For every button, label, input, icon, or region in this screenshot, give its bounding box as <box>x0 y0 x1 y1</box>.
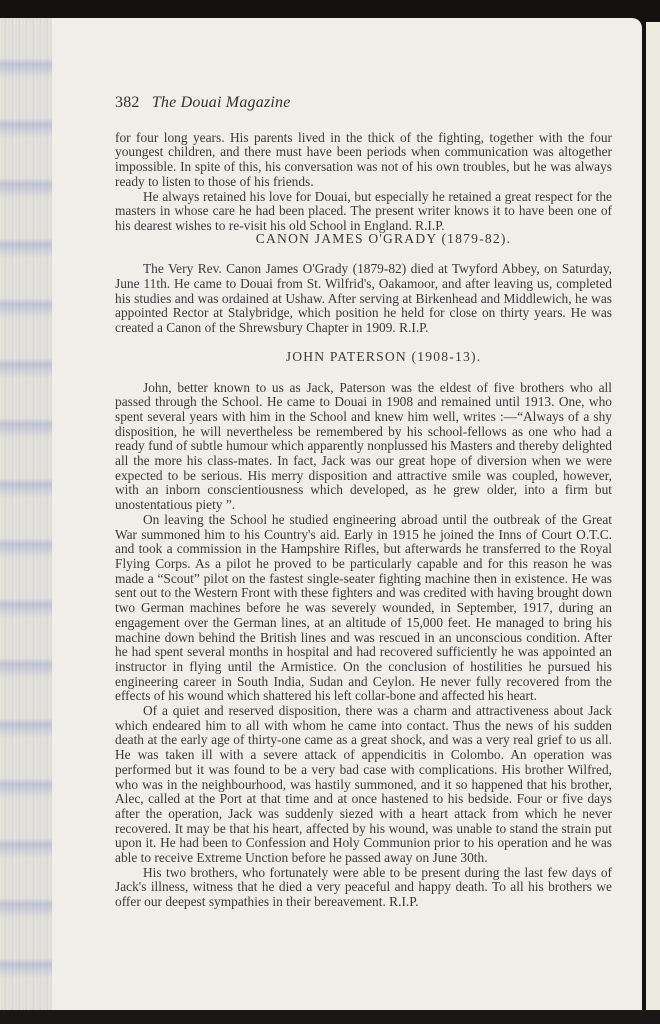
paragraph: John, better known to us as Jack, Paters… <box>115 381 612 513</box>
paragraph: His two brothers, who fortunately were a… <box>115 866 612 910</box>
facing-page-edge <box>646 22 660 1012</box>
paragraph: for four long years. His parents lived i… <box>115 131 612 190</box>
page-content: 382 The Douai Magazine for four long yea… <box>115 96 612 910</box>
section-heading: JOHN PATERSON (1908-13). <box>115 350 612 365</box>
page-number: 382 <box>115 94 140 111</box>
paragraph: The Very Rev. Canon James O'Grady (1879-… <box>115 262 612 336</box>
paragraph: Of a quiet and reserved disposition, the… <box>115 704 612 866</box>
publication-title: The Douai Magazine <box>152 94 291 111</box>
section-ogrady-obituary: CANON JAMES O'GRADY (1879-82). The Very … <box>115 232 612 336</box>
book-page-edges <box>0 18 53 1012</box>
section-heading: CANON JAMES O'GRADY (1879-82). <box>115 232 612 247</box>
paragraph: He always retained his love for Douai, b… <box>115 190 612 234</box>
running-head: 382 The Douai Magazine <box>115 96 612 111</box>
paragraph: On leaving the School he studied enginee… <box>115 513 612 704</box>
section-continued-obituary: for four long years. His parents lived i… <box>115 131 612 234</box>
section-paterson-obituary: JOHN PATERSON (1908-13). John, better kn… <box>115 350 612 910</box>
book-cover-edge <box>0 1010 660 1024</box>
